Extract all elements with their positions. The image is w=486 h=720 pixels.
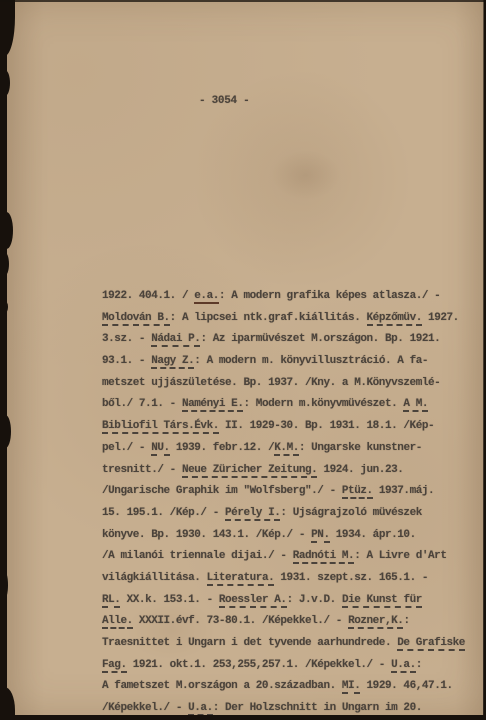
text-line: /A milanói triennale dijai./ - Radnóti M… <box>102 546 474 568</box>
text-segment: XX.k. 153.1. - <box>120 594 218 606</box>
text-segment: 15. 195.1. /Kép./ - <box>102 507 225 519</box>
underlined-text: Radnóti M. <box>293 550 355 564</box>
page-number: - 3054 - <box>199 95 249 107</box>
text-line: RL. XX.k. 153.1. - Roessler A.: J.v.D. D… <box>102 590 474 612</box>
text-segment: : A modern grafika képes atlasza./ - <box>219 290 440 302</box>
scan-blob <box>0 415 11 448</box>
text-segment: 1922. 404.1. / <box>102 290 194 302</box>
text-segment: 1921. okt.1. 253,255,257.1. /Képekkel./ … <box>127 659 392 671</box>
underlined-text: Alle. <box>102 615 133 629</box>
underlined-text: Pérely I. <box>225 507 280 521</box>
text-segment: tresnitt./ - <box>102 464 182 476</box>
text-line: ből./ 7.1. - Naményi E.: Modern m.könyvm… <box>102 394 474 416</box>
text-segment: : <box>403 615 409 627</box>
text-segment: világkiállitása. <box>102 572 207 584</box>
text-segment: könyve. Bp. 1930. 143.1. /Kép./ - <box>102 529 311 541</box>
underlined-text: PN. <box>311 529 329 543</box>
text-segment: 1924. jun.23. <box>317 464 403 476</box>
text-segment: /A milanói triennale dijai./ - <box>102 550 293 562</box>
text-segment: Traesnittet i Ungarn i det tyvende aarhu… <box>102 637 397 649</box>
underlined-text: Bibliofil Társ.Évk. <box>102 420 219 434</box>
text-block: 1922. 404.1. / e.a.: A modern grafika ké… <box>102 286 474 720</box>
scan-blob <box>0 70 10 96</box>
text-segment: : Ungarske kunstner- <box>299 442 422 454</box>
text-segment: XXXII.évf. 73-80.1. /Képekkel./ - <box>133 615 348 627</box>
text-line: 93.1. - Nagy Z.: A modern m. könyvillusz… <box>102 351 474 373</box>
underlined-text: A M. <box>403 398 428 412</box>
text-segment: : Ujságrajzoló müvészek <box>280 507 421 519</box>
underlined-text: U.a. <box>391 659 416 673</box>
text-line: Traesnittet i Ungarn i det tyvende aarhu… <box>102 633 474 655</box>
text-line: pel./ - NU. 1939. febr.12. /K.M.: Ungars… <box>102 438 474 460</box>
scan-blob <box>0 570 8 600</box>
text-line: tresnitt./ - Neue Züricher Zeitung. 1924… <box>102 460 474 482</box>
underlined-text: RL. <box>102 594 120 608</box>
text-segment: 1931. szept.sz. 165.1. - <box>274 572 428 584</box>
underlined-text: Moldován B. <box>102 312 170 326</box>
underlined-text: Die Kunst für <box>342 594 422 608</box>
underlined-text: Fag. <box>102 659 127 673</box>
underlined-text: Képzőmüv. <box>367 312 422 326</box>
underlined-text: Naményi E. <box>182 398 244 412</box>
text-line: Moldován B.: A lipcsei ntk.graf.kiállitá… <box>102 308 474 330</box>
text-line: 3.sz. - Nádai P.: Az iparmüvészet M.orsz… <box>102 329 474 351</box>
text-line: A fametszet M.országon a 20.században. M… <box>102 676 474 698</box>
scanned-page: - 3054 - 1922. 404.1. / e.a.: A modern g… <box>6 0 484 716</box>
text-segment: 1937.máj. <box>373 485 435 497</box>
text-segment: metszet ujjászületése. Bp. 1937. /Kny. a… <box>102 377 440 389</box>
text-line: 1922. 404.1. / e.a.: A modern grafika ké… <box>102 286 474 308</box>
underlined-text: MI. <box>342 680 360 694</box>
underlined-text: Nagy Z. <box>151 355 194 369</box>
text-segment: pel./ - <box>102 442 151 454</box>
text-segment: : A Livre d'Art <box>354 550 446 562</box>
text-line: /Ungarische Graphik im "Wolfsberg"./ - P… <box>102 481 474 503</box>
text-segment: : A modern m. könyvillusztráció. A fa- <box>194 355 428 367</box>
text-line: könyve. Bp. 1930. 143.1. /Kép./ - PN. 19… <box>102 525 474 547</box>
underlined-text: U.a. <box>188 702 213 716</box>
scan-blob <box>0 212 13 249</box>
text-line: Fag. 1921. okt.1. 253,255,257.1. /Képekk… <box>102 655 474 677</box>
text-segment: 1927. <box>422 312 459 324</box>
underlined-text: Ptüz. <box>342 485 373 499</box>
scan-blob <box>0 252 9 276</box>
text-segment: ből./ 7.1. - <box>102 398 182 410</box>
underlined-text: Rozner,K. <box>348 615 403 629</box>
underlined-text: Nádai P. <box>151 333 200 347</box>
scan-edge-top <box>0 0 486 2</box>
paper-stain <box>271 150 341 200</box>
text-line: világkiállitása. Literatura. 1931. szept… <box>102 568 474 590</box>
text-segment: : J.v.D. <box>287 594 342 606</box>
underlined-text: De Grafiske <box>397 637 465 651</box>
text-line: Bibliofil Társ.Évk. II. 1929-30. Bp. 193… <box>102 416 474 438</box>
text-segment: 1939. febr.12. / <box>170 442 275 454</box>
text-segment: /Képekkel./ - <box>102 702 188 714</box>
text-segment: /Ungarische Graphik im "Wolfsberg"./ - <box>102 485 342 497</box>
scan-edge-left <box>0 0 7 720</box>
text-segment: : Der Holzschnitt in Ungarn im 20. <box>213 702 422 714</box>
text-segment: A fametszet M.országon a 20.században. <box>102 680 342 692</box>
underlined-text: Literatura. <box>207 572 275 586</box>
text-segment: II. 1929-30. Bp. 1931. 18.1. /Kép- <box>219 420 434 432</box>
text-segment: : Az iparmüvészet M.országon. Bp. 1921. <box>200 333 440 345</box>
text-line: 15. 195.1. /Kép./ - Pérely I.: Ujságrajz… <box>102 503 474 525</box>
scan-edge-bottom <box>0 715 486 720</box>
underlined-text: e.a. <box>194 290 219 304</box>
text-segment: : Modern m.könyvmüvészet. <box>243 398 403 410</box>
underlined-text: Neue Züricher Zeitung. <box>182 464 317 478</box>
underlined-text: NU. <box>151 442 169 456</box>
text-segment: : A lipcsei ntk.graf.kiállitás. <box>170 312 367 324</box>
text-line: Alle. XXXII.évf. 73-80.1. /Képekkel./ - … <box>102 611 474 633</box>
underlined-text: K.M. <box>274 442 299 456</box>
text-segment: 93.1. - <box>102 355 151 367</box>
text-segment: 3.sz. - <box>102 333 151 345</box>
text-line: metszet ujjászületése. Bp. 1937. /Kny. a… <box>102 373 474 395</box>
underlined-text: Roessler A. <box>219 594 287 608</box>
scan-blob <box>0 300 8 314</box>
text-segment: 1934. ápr.10. <box>330 529 416 541</box>
text-segment: 1929. 46,47.1. <box>360 680 452 692</box>
text-segment: : <box>416 659 422 671</box>
